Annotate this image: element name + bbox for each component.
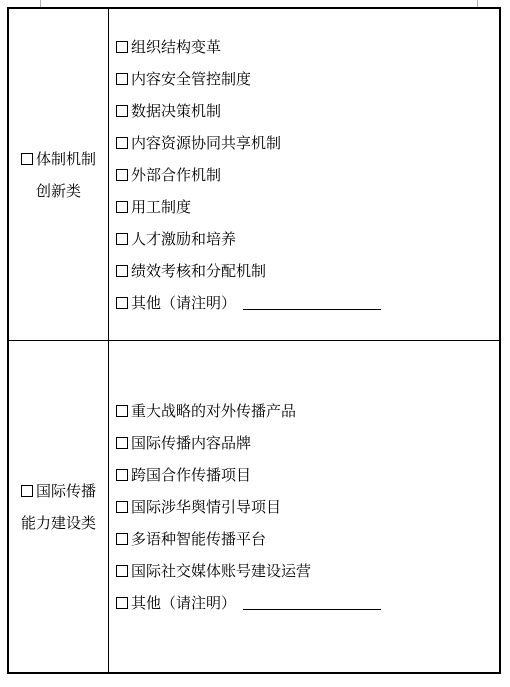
checkbox-item: 用工制度 — [116, 191, 499, 223]
checkbox-item-label: 其他（请注明） — [131, 292, 236, 313]
checkbox-item: 人才激励和培养 — [116, 223, 499, 255]
checkbox-item-label: 国际涉华舆情引导项目 — [131, 496, 281, 517]
checkbox-icon[interactable] — [21, 485, 33, 497]
category-cell-international: 国际传播 能力建设类 — [9, 341, 109, 672]
fill-in-blank[interactable] — [243, 295, 381, 310]
checkbox-icon[interactable] — [116, 405, 128, 417]
checkbox-item: 绩效考核和分配机制 — [116, 255, 499, 287]
category-checkbox-row: 体制机制 — [21, 143, 96, 175]
checkbox-icon[interactable] — [116, 169, 128, 181]
category-label-line1: 体制机制 — [36, 148, 96, 169]
checkbox-icon[interactable] — [116, 469, 128, 481]
checkbox-item-label: 内容安全管控制度 — [131, 68, 251, 89]
checkbox-item: 多语种智能传播平台 — [116, 523, 499, 555]
checkbox-icon[interactable] — [21, 153, 33, 165]
checkbox-item-label: 绩效考核和分配机制 — [131, 260, 266, 281]
checkbox-item-label: 国际社交媒体账号建设运营 — [131, 560, 311, 581]
checkbox-item-label: 其他（请注明） — [131, 592, 236, 613]
checkbox-icon[interactable] — [116, 73, 128, 85]
checkbox-item-other: 其他（请注明） — [116, 587, 499, 619]
checkbox-item-label: 数据决策机制 — [131, 100, 221, 121]
checkbox-item-label: 人才激励和培养 — [131, 228, 236, 249]
table-row-international-communication: 国际传播 能力建设类 重大战略的对外传播产品 国际传播内容品牌 跨国合作传播项目 — [9, 340, 499, 672]
category-label-line2: 能力建设类 — [21, 507, 96, 539]
category-label-line1: 国际传播 — [36, 480, 96, 501]
checkbox-icon[interactable] — [116, 137, 128, 149]
checkbox-item-label: 多语种智能传播平台 — [131, 528, 266, 549]
table-row-institutional-innovation: 体制机制 创新类 组织结构变革 内容安全管控制度 数据决策机制 — [9, 9, 499, 340]
checkbox-icon[interactable] — [116, 41, 128, 53]
checkbox-item-label: 外部合作机制 — [131, 164, 221, 185]
checkbox-item: 跨国合作传播项目 — [116, 459, 499, 491]
checklist-institutional: 组织结构变革 内容安全管控制度 数据决策机制 内容资源协同共享机制 外部合作机制 — [109, 9, 499, 340]
checkbox-icon[interactable] — [116, 233, 128, 245]
checkbox-icon[interactable] — [116, 265, 128, 277]
form-page: 体制机制 创新类 组织结构变革 内容安全管控制度 数据决策机制 — [0, 0, 510, 687]
checkbox-item-label: 内容资源协同共享机制 — [131, 132, 281, 153]
checkbox-item-other: 其他（请注明） — [116, 287, 499, 319]
category-label-line2: 创新类 — [36, 175, 81, 207]
checkbox-item-label: 组织结构变革 — [131, 36, 221, 57]
checkbox-icon[interactable] — [116, 565, 128, 577]
fill-in-blank[interactable] — [243, 595, 381, 610]
checkbox-item: 重大战略的对外传播产品 — [116, 395, 499, 427]
category-checklist-table: 体制机制 创新类 组织结构变革 内容安全管控制度 数据决策机制 — [7, 7, 501, 674]
category-cell-institutional: 体制机制 创新类 — [9, 9, 109, 340]
checkbox-icon[interactable] — [116, 105, 128, 117]
checkbox-item: 国际传播内容品牌 — [116, 427, 499, 459]
checkbox-item-label: 国际传播内容品牌 — [131, 432, 251, 453]
checklist-international: 重大战略的对外传播产品 国际传播内容品牌 跨国合作传播项目 国际涉华舆情引导项目… — [109, 341, 499, 672]
checkbox-item: 内容安全管控制度 — [116, 63, 499, 95]
checkbox-icon[interactable] — [116, 501, 128, 513]
checkbox-item: 国际涉华舆情引导项目 — [116, 491, 499, 523]
checkbox-icon[interactable] — [116, 437, 128, 449]
checkbox-icon[interactable] — [116, 533, 128, 545]
checkbox-item: 数据决策机制 — [116, 95, 499, 127]
checkbox-item: 组织结构变革 — [116, 31, 499, 63]
category-checkbox-row: 国际传播 — [21, 475, 96, 507]
checkbox-item-label: 重大战略的对外传播产品 — [131, 400, 296, 421]
checkbox-icon[interactable] — [116, 597, 128, 609]
checkbox-item: 内容资源协同共享机制 — [116, 127, 499, 159]
checkbox-item: 外部合作机制 — [116, 159, 499, 191]
checkbox-icon[interactable] — [116, 297, 128, 309]
checkbox-item-label: 跨国合作传播项目 — [131, 464, 251, 485]
checkbox-item: 国际社交媒体账号建设运营 — [116, 555, 499, 587]
checkbox-icon[interactable] — [116, 201, 128, 213]
checkbox-item-label: 用工制度 — [131, 196, 191, 217]
